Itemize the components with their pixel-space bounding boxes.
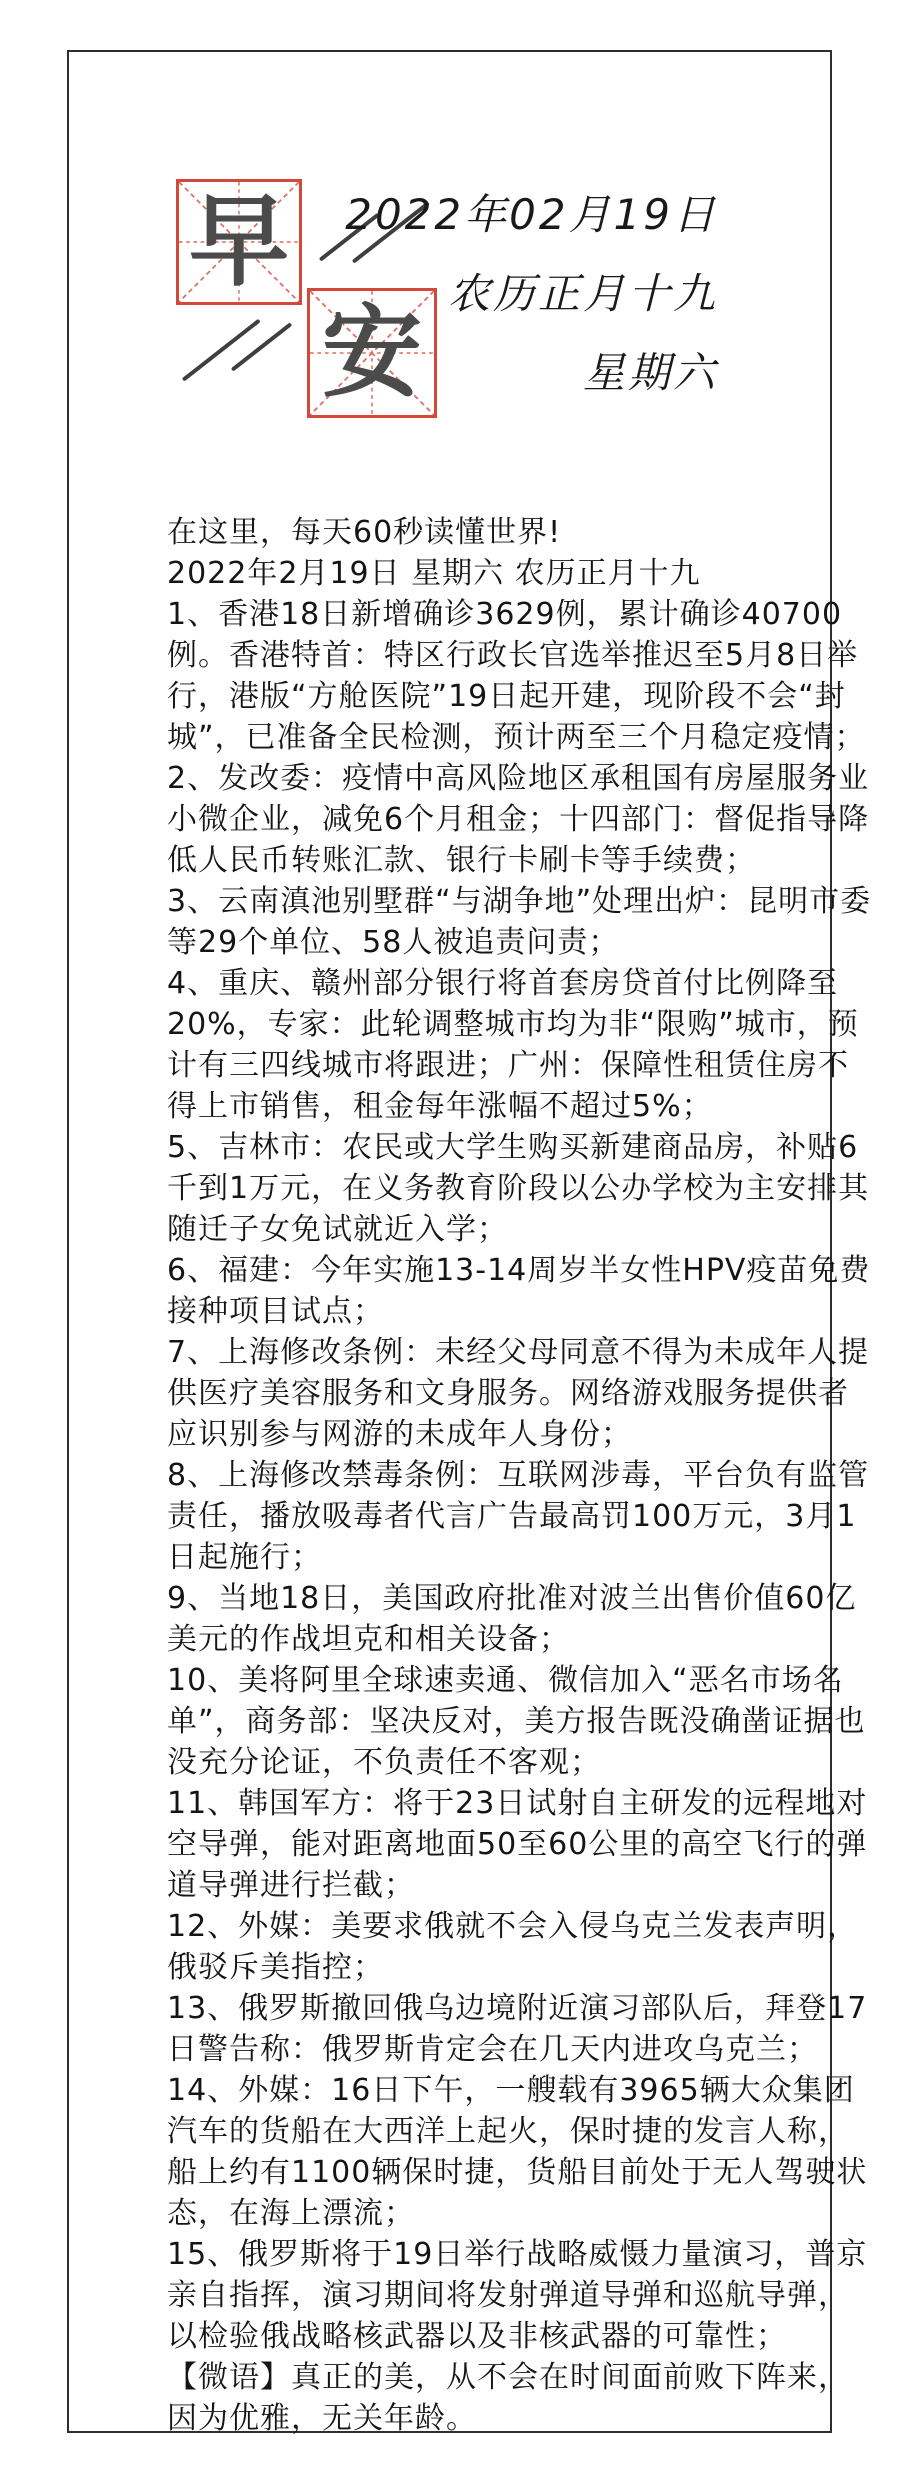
news-item: 7、上海修改条例：未经父母同意不得为未成年人提供医疗美容服务和文身服务。网络游戏… [167,1332,875,1455]
slash-icon [231,322,293,371]
weiyu-quote: 【微语】真正的美，从不会在时间面前败下阵来，因为优雅，无关年龄。 [167,2357,875,2439]
news-item: 11、韩国军方：将于23日试射自主研发的远程地对空导弹，能对距离地面50至60公… [167,1783,875,1906]
slash-icon [182,319,261,382]
news-item: 4、重庆、赣州部分银行将首套房贷首付比例降至20%，专家：此轮调整城市均为非“限… [167,963,875,1127]
news-item: 10、美将阿里全球速卖通、微信加入“恶名市场名单”，商务部：坚决反对，美方报告既… [167,1660,875,1783]
logo-box-zao: 早 [176,179,302,305]
news-item: 2、发改委：疫情中高风险地区承租国有房屋服务业小微企业，减免6个月租金；十四部门… [167,758,875,881]
logo-char-zao: 早 [189,192,289,292]
news-item: 3、云南滇池别墅群“与湖争地”处理出炉：昆明市委等29个单位、58人被追责问责； [167,881,875,963]
intro-line: 在这里，每天60秒读懂世界! [167,512,875,553]
logo-char-an: 安 [322,303,422,403]
header-date: 2022年02月19日 [345,194,718,236]
news-item: 14、外媒：16日下午，一艘载有3965辆大众集团汽车的货船在大西洋上起火，保时… [167,2070,875,2234]
news-item: 6、福建：今年实施13-14周岁半女性HPV疫苗免费接种项目试点； [167,1250,875,1332]
news-item: 8、上海修改禁毒条例：互联网涉毒，平台负有监管责任，播放吸毒者代言广告最高罚10… [167,1455,875,1578]
news-item: 12、外媒：美要求俄就不会入侵乌克兰发表声明，俄驳斥美指控； [167,1906,875,1988]
news-body: 在这里，每天60秒读懂世界! 2022年2月19日 星期六 农历正月十九 1、香… [167,512,875,2439]
news-item: 9、当地18日，美国政府批准对波兰出售价值60亿美元的作战坦克和相关设备； [167,1578,875,1660]
news-item: 5、吉林市：农民或大学生购买新建商品房，补贴6千到1万元，在义务教育阶段以公办学… [167,1127,875,1250]
news-item: 15、俄罗斯将于19日举行战略威慑力量演习，普京亲自指挥，演习期间将发射弹道导弹… [167,2234,875,2357]
body-date-line: 2022年2月19日 星期六 农历正月十九 [167,553,875,594]
page-frame: 早 安 2022年02月19日 农历正月十九 星期六 在这里，每天60秒读懂世界… [67,50,832,2433]
news-item: 13、俄罗斯撤回俄乌边境附近演习部队后，拜登17日警告称：俄罗斯肯定会在几天内进… [167,1988,875,2070]
logo-box-an: 安 [307,288,437,418]
news-item: 1、香港18日新增确诊3629例，累计确诊40700例。香港特首：特区行政长官选… [167,594,875,758]
